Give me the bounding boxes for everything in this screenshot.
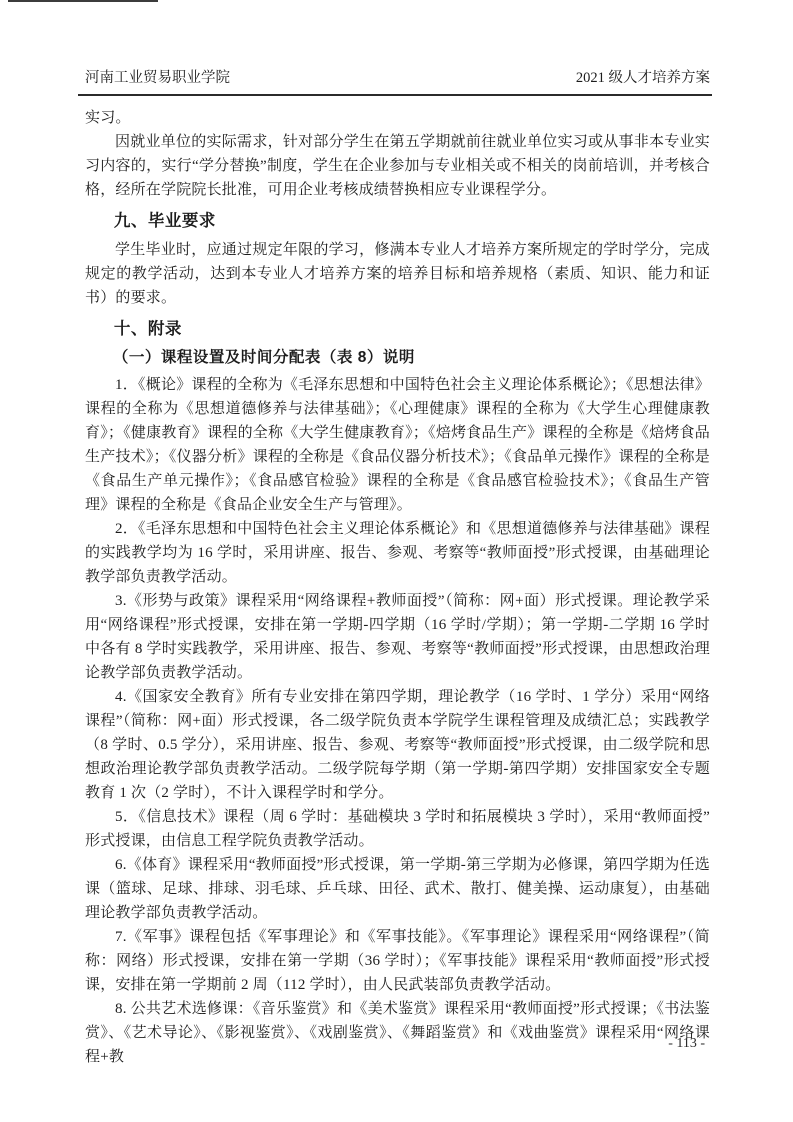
note-item-7-military-course: 7.《军事》课程包括《军事理论》和《军事技能》。《军事理论》课程采用“网络课程”… [85,925,710,997]
page-number: - 113 - [668,1034,705,1054]
heading-appendix: 十、附录 [85,317,710,341]
header-doc-title: 2021 级人才培养方案 [576,68,710,88]
document-page: 河南工业贸易职业学院 2021 级人才培养方案 实习。 因就业单位的实际需求，针… [0,0,793,1122]
page-content: 河南工业贸易职业学院 2021 级人才培养方案 实习。 因就业单位的实际需求，针… [85,68,710,1069]
note-item-4-national-security-course: 4.《国家安全教育》所有专业安排在第四学期，理论教学（16 学时、1 学分）采用… [85,685,710,805]
note-item-3-situation-policy-course: 3.《形势与政策》课程采用“网络课程+教师面授”（简称：网+面）形式授课。理论教… [85,589,710,685]
note-item-2-practice-teaching: 2．《毛泽东思想和中国特色社会主义理论体系概论》和《思想道德修养与法律基础》课程… [85,517,710,589]
note-item-1-course-full-names: 1．《概论》课程的全称为《毛泽东思想和中国特色社会主义理论体系概论》；《思想法律… [85,373,710,517]
page-header: 河南工业贸易职业学院 2021 级人才培养方案 [78,68,712,96]
paragraph-credit-substitution: 因就业单位的实际需求，针对部分学生在第五学期就前往就业单位实习或从事非本专业实习… [85,130,710,202]
document-body: 实习。 因就业单位的实际需求，针对部分学生在第五学期就前往就业单位实习或从事非本… [85,106,710,1069]
scan-edge-artifact [8,0,158,2]
note-item-8-public-art-electives: 8. 公共艺术选修课：《音乐鉴赏》和《美术鉴赏》课程采用“教师面授”形式授课；《… [85,997,710,1069]
note-item-5-information-technology-course: 5．《信息技术》课程（周 6 学时：基础模块 3 学时和拓展模块 3 学时），采… [85,805,710,853]
heading-graduation-requirements: 九、毕业要求 [85,209,710,233]
paragraph-graduation-requirements: 学生毕业时，应通过规定年限的学习，修满本专业人才培养方案所规定的学时学分，完成规… [85,238,710,310]
subheading-course-table-note: （一）课程设置及时间分配表（表 8）说明 [85,346,710,370]
header-school-name: 河南工业贸易职业学院 [85,68,230,88]
note-item-6-physical-education-course: 6.《体育》课程采用“教师面授”形式授课，第一学期-第三学期为必修课，第四学期为… [85,853,710,925]
paragraph-internship-continuation: 实习。 [85,106,710,130]
